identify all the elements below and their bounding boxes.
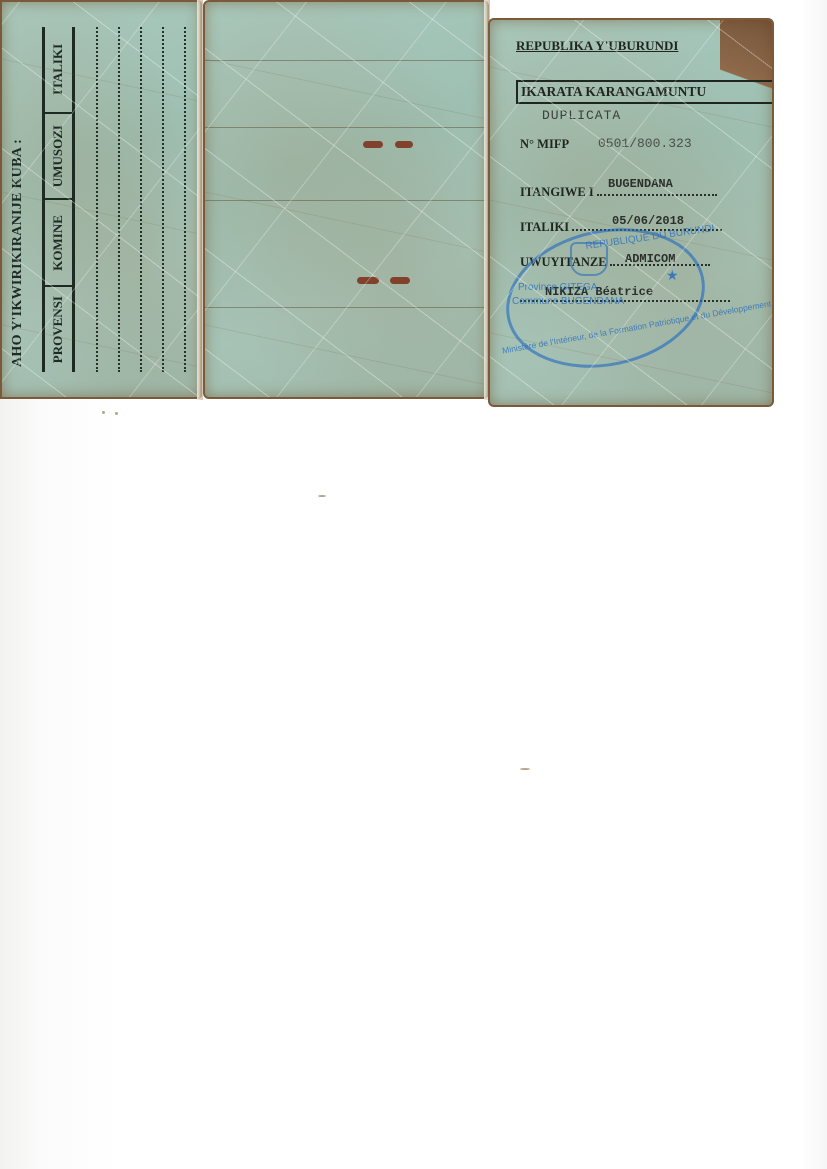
staple-stain — [357, 277, 379, 284]
column-header-provensi: PROVENSI — [44, 285, 72, 372]
dotted-line — [597, 194, 717, 196]
stamp-province-text: Province GITEGA — [518, 282, 597, 293]
staple-stain — [395, 141, 413, 148]
issued-at-row: ITANGIWE I BUGENDANA — [520, 185, 735, 200]
staple-stain — [390, 277, 410, 284]
residence-table-title: AHO Y'IKWIRIKIRANIJE KUBA : — [10, 139, 26, 367]
blank-row — [118, 27, 120, 372]
card-number-value: 0501/800.323 — [598, 136, 692, 151]
star-icon: ★ — [666, 268, 679, 285]
column-header-italiki: ITALIKI — [44, 27, 72, 112]
crease — [205, 200, 487, 201]
crease — [205, 307, 487, 308]
issue-date-label: ITALIKI — [520, 220, 569, 234]
residence-history-panel: AHO Y'IKWIRIKIRANIJE KUBA : PROVENSI KOM… — [0, 0, 202, 399]
scan-speck — [318, 495, 326, 497]
id-card-booklet: AHO Y'IKWIRIKIRANIJE KUBA : PROVENSI KOM… — [0, 0, 775, 405]
card-title: IKARATA KARANGAMUNTU — [516, 80, 774, 104]
issued-at-value: BUGENDANA — [608, 177, 673, 191]
table-rule — [72, 27, 75, 372]
column-header-umusozi: UMUSOZI — [44, 112, 72, 199]
issued-at-label: ITANGIWE I — [520, 185, 594, 199]
republic-heading: REPUBLIKA Y'UBURUNDI — [516, 38, 678, 54]
crease — [205, 127, 487, 128]
rotated-residence-table: AHO Y'IKWIRIKIRANIJE KUBA : PROVENSI KOM… — [2, 2, 200, 397]
crease — [205, 60, 487, 61]
blank-row — [184, 27, 186, 372]
column-header-komine: KOMINE — [44, 199, 72, 286]
staple-stain — [363, 141, 383, 148]
scan-speck — [520, 768, 530, 770]
blank-row — [162, 27, 164, 372]
blank-row — [140, 27, 142, 372]
scan-speck — [115, 412, 118, 415]
blank-middle-panel — [203, 0, 489, 399]
issue-date-value: 05/06/2018 — [612, 214, 684, 228]
scan-speck — [102, 411, 105, 414]
blank-row — [96, 27, 98, 372]
stamp-commune-text: Commune BUGENDANA — [512, 296, 624, 307]
card-number-row: N° MIFP 0501/800.323 — [520, 137, 735, 152]
identity-details-panel: REPUBLIKA Y'UBURUNDI IKARATA KARANGAMUNT… — [488, 18, 774, 407]
duplicate-mark: DUPLICATA — [542, 108, 621, 123]
card-number-label: N° MIFP — [520, 137, 569, 151]
residence-table-header: PROVENSI KOMINE UMUSOZI ITALIKI — [44, 27, 72, 372]
